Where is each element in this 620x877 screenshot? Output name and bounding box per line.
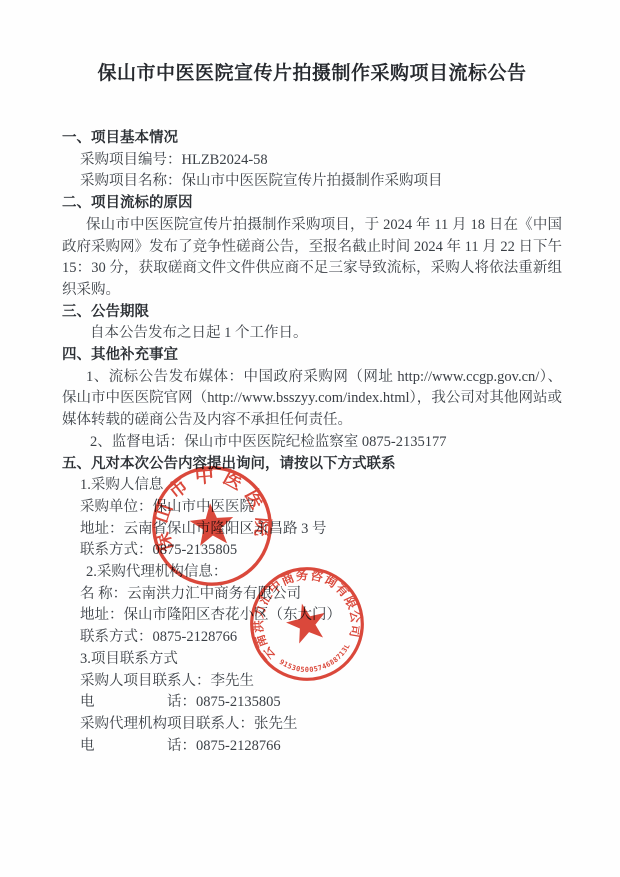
document-content: 保山市中医医院宣传片拍摄制作采购项目流标公告 一、项目基本情况 采购项目编号：H…	[0, 0, 620, 757]
project-number-line: 采购项目编号：HLZB2024-58	[62, 150, 562, 172]
project-contact-heading: 3.项目联系方式	[62, 649, 562, 671]
section-4-heading: 四、其他补充事宜	[62, 345, 562, 367]
purchaser-phone-line: 电 话：0875-2135805	[62, 692, 562, 714]
document-page: 保山市中医医院宣传片拍摄制作采购项目流标公告 一、项目基本情况 采购项目编号：H…	[0, 0, 620, 877]
section-5-heading: 五、凡对本次公告内容提出询问，请按以下方式联系	[62, 454, 562, 476]
purchaser-contact-line: 联系方式：0875-2135805	[62, 540, 562, 562]
agency-address-line: 地址：保山市隆阳区杏花小区（东大门）	[62, 605, 562, 627]
document-title: 保山市中医医院宣传片拍摄制作采购项目流标公告	[62, 60, 562, 86]
section-3-heading: 三、公告期限	[62, 302, 562, 324]
project-name-line: 采购项目名称：保山市中医医院宣传片拍摄制作采购项目	[62, 171, 562, 193]
agency-name-line: 名 称：云南洪力汇中商务有限公司	[62, 584, 562, 606]
agency-contact-line: 联系方式：0875-2128766	[62, 627, 562, 649]
supervision-phone-line: 2、监督电话：保山市中医医院纪检监察室 0875-2135177	[62, 432, 562, 454]
purchaser-address-line: 地址：云南省保山市隆阳区永昌路 3 号	[62, 519, 562, 541]
purchaser-info-heading: 1.采购人信息	[62, 475, 562, 497]
agency-phone-line: 电 话：0875-2128766	[62, 736, 562, 758]
announcement-period-line: 自本公告发布之日起 1 个工作日。	[62, 323, 562, 345]
purchaser-unit-line: 采购单位：保山市中医医院	[62, 497, 562, 519]
agency-info-heading: 2.采购代理机构信息：	[62, 562, 562, 584]
section-2-heading: 二、项目流标的原因	[62, 193, 562, 215]
section-1-heading: 一、项目基本情况	[62, 128, 562, 150]
publish-media-paragraph: 1、流标公告发布媒体：中国政府采购网（网址 http://www.ccgp.go…	[62, 367, 562, 432]
agency-contact-person-line: 采购代理机构项目联系人：张先生	[62, 714, 562, 736]
failure-reason-paragraph: 保山市中医医院宣传片拍摄制作采购项目，于 2024 年 11 月 18 日在《中…	[62, 215, 562, 302]
purchaser-contact-person-line: 采购人项目联系人：李先生	[62, 671, 562, 693]
